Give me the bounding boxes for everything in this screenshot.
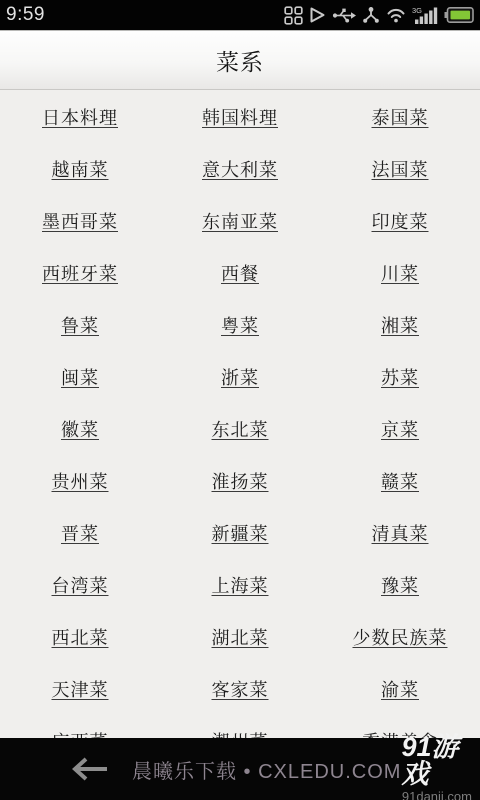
cuisine-link[interactable]: 上海菜	[160, 559, 320, 611]
cuisine-label: 法国菜	[372, 156, 429, 182]
node-icon	[362, 6, 380, 24]
cuisine-link[interactable]: 法国菜	[320, 143, 480, 195]
cuisine-label: 台湾菜	[52, 572, 109, 598]
cuisine-label: 湘菜	[381, 312, 419, 338]
page-title: 菜系	[216, 44, 264, 77]
cuisine-link[interactable]: 晋菜	[0, 507, 160, 559]
cuisine-link[interactable]: 豫菜	[320, 559, 480, 611]
cuisine-label: 贵州菜	[52, 468, 109, 494]
cuisine-label: 韩国料理	[202, 104, 278, 130]
cuisine-label: 印度菜	[372, 208, 429, 234]
cuisine-label: 天津菜	[52, 676, 109, 702]
back-button[interactable]	[70, 756, 110, 782]
clock: 9:59	[6, 4, 45, 26]
cuisine-label: 少数民族菜	[353, 624, 448, 650]
cuisine-label: 清真菜	[372, 520, 429, 546]
cuisine-label: 粤菜	[221, 312, 259, 338]
cuisine-label: 东南亚菜	[202, 208, 278, 234]
promo-link[interactable]: 晨曦乐下载 • CXLEDU.COM	[132, 755, 401, 784]
status-bar: 9:59	[0, 0, 480, 31]
cuisine-link[interactable]: 泰国菜	[320, 91, 480, 143]
back-arrow-icon	[70, 756, 110, 782]
cuisine-label: 湖北菜	[212, 624, 269, 650]
cuisine-label: 客家菜	[212, 676, 269, 702]
cuisine-label: 赣菜	[381, 468, 419, 494]
cuisine-link[interactable]: 台湾菜	[0, 559, 160, 611]
cuisine-link[interactable]: 渝菜	[320, 663, 480, 715]
cuisine-label: 东北菜	[212, 416, 269, 442]
cuisine-label: 意大利菜	[202, 156, 278, 182]
cuisine-label: 墨西哥菜	[42, 208, 118, 234]
bottom-bar: 晨曦乐下载 • CXLEDU.COM 91游戏 91danji.com	[0, 738, 480, 800]
cuisine-label: 苏菜	[381, 364, 419, 390]
cuisine-label: 泰国菜	[372, 104, 429, 130]
cuisine-link[interactable]: 东南亚菜	[160, 195, 320, 247]
cuisine-link[interactable]: 墨西哥菜	[0, 195, 160, 247]
cuisine-link[interactable]: 鲁菜	[0, 299, 160, 351]
cuisine-link[interactable]: 赣菜	[320, 455, 480, 507]
cuisine-link[interactable]: 印度菜	[320, 195, 480, 247]
cuisine-grid: 日本料理 韩国料理 泰国菜 越南菜 意大利菜 法国菜 墨西哥菜 东南亚菜 印度菜…	[0, 91, 480, 800]
play-icon	[309, 6, 326, 24]
cuisine-link[interactable]: 越南菜	[0, 143, 160, 195]
status-icons: 3G	[284, 6, 474, 25]
cuisine-label: 西餐	[221, 260, 259, 286]
cuisine-label: 鲁菜	[61, 312, 99, 338]
cuisine-link[interactable]: 客家菜	[160, 663, 320, 715]
cuisine-label: 上海菜	[212, 572, 269, 598]
watermark-brand: 91游戏	[401, 734, 474, 788]
cuisine-label: 渝菜	[381, 676, 419, 702]
cuisine-link[interactable]: 清真菜	[320, 507, 480, 559]
cuisine-label: 越南菜	[52, 156, 109, 182]
phone-screen: 9:59	[0, 0, 480, 800]
signal-3g-icon: 3G	[412, 6, 438, 24]
cuisine-link[interactable]: 意大利菜	[160, 143, 320, 195]
cuisine-link[interactable]: 徽菜	[0, 403, 160, 455]
cuisine-link[interactable]: 湖北菜	[160, 611, 320, 663]
cuisine-link[interactable]: 新疆菜	[160, 507, 320, 559]
cuisine-link[interactable]: 韩国料理	[160, 91, 320, 143]
cuisine-link[interactable]: 少数民族菜	[320, 611, 480, 663]
cuisine-label: 淮扬菜	[212, 468, 269, 494]
cuisine-link[interactable]: 京菜	[320, 403, 480, 455]
cuisine-link[interactable]: 东北菜	[160, 403, 320, 455]
cuisine-link[interactable]: 天津菜	[0, 663, 160, 715]
watermark-site: 91danji.com	[402, 789, 472, 800]
wifi-icon	[386, 7, 406, 23]
svg-text:3G: 3G	[412, 6, 422, 15]
usb-icon	[332, 7, 356, 24]
cuisine-label: 徽菜	[61, 416, 99, 442]
cuisine-link[interactable]: 浙菜	[160, 351, 320, 403]
title-bar: 菜系	[0, 31, 480, 90]
cuisine-link[interactable]: 西北菜	[0, 611, 160, 663]
cuisine-label: 京菜	[381, 416, 419, 442]
grid-icon	[284, 6, 303, 25]
cuisine-link[interactable]: 西餐	[160, 247, 320, 299]
cuisine-link[interactable]: 粤菜	[160, 299, 320, 351]
cuisine-link[interactable]: 川菜	[320, 247, 480, 299]
cuisine-link[interactable]: 闽菜	[0, 351, 160, 403]
cuisine-label: 豫菜	[381, 572, 419, 598]
cuisine-label: 日本料理	[42, 104, 118, 130]
cuisine-label: 闽菜	[61, 364, 99, 390]
cuisine-link[interactable]: 苏菜	[320, 351, 480, 403]
cuisine-label: 晋菜	[61, 520, 99, 546]
cuisine-link[interactable]: 湘菜	[320, 299, 480, 351]
cuisine-link[interactable]: 贵州菜	[0, 455, 160, 507]
cuisine-label: 西北菜	[52, 624, 109, 650]
watermark: 91游戏 91danji.com	[401, 734, 474, 800]
cuisine-label: 浙菜	[221, 364, 259, 390]
cuisine-label: 新疆菜	[212, 520, 269, 546]
battery-icon	[444, 7, 474, 23]
cuisine-link[interactable]: 西班牙菜	[0, 247, 160, 299]
cuisine-link[interactable]: 淮扬菜	[160, 455, 320, 507]
cuisine-link[interactable]: 日本料理	[0, 91, 160, 143]
cuisine-label: 西班牙菜	[42, 260, 118, 286]
cuisine-label: 川菜	[381, 260, 419, 286]
